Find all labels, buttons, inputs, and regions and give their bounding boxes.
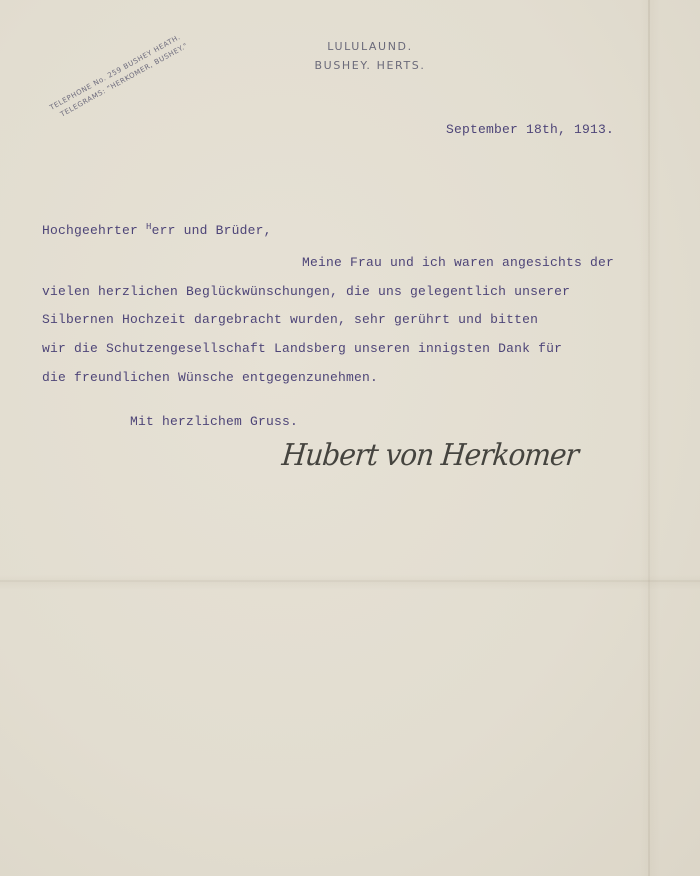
body-line-4: wir die Schutzengesellschaft Landsberg u… [42,341,562,356]
letterhead-line-2: BUSHEY. HERTS. [300,56,440,75]
letter-date: September 18th, 1913. [446,122,614,137]
paper-fold-horizontal [0,580,700,582]
salutation-part-2: err und Brüder, [152,223,272,238]
body-line-1: Meine Frau und ich waren angesichts der [302,255,614,270]
paper-fold-vertical [648,0,650,876]
salutation: Hochgeehrter Herr und Brüder, [42,222,272,238]
letterhead-address: LULULAUND. BUSHEY. HERTS. [300,37,440,75]
letterhead-line-1: LULULAUND. [300,37,440,56]
closing-line: Mit herzlichem Gruss. [130,414,298,429]
handwritten-signature: Hubert von Herkomer [280,438,579,473]
salutation-part-1: Hochgeehrter [42,223,146,238]
body-line-5: die freundlichen Wünsche entgegenzunehme… [42,370,378,385]
body-line-2: vielen herzlichen Beglückwünschungen, di… [42,284,570,299]
body-line-3: Silbernen Hochzeit dargebracht wurden, s… [42,312,538,327]
